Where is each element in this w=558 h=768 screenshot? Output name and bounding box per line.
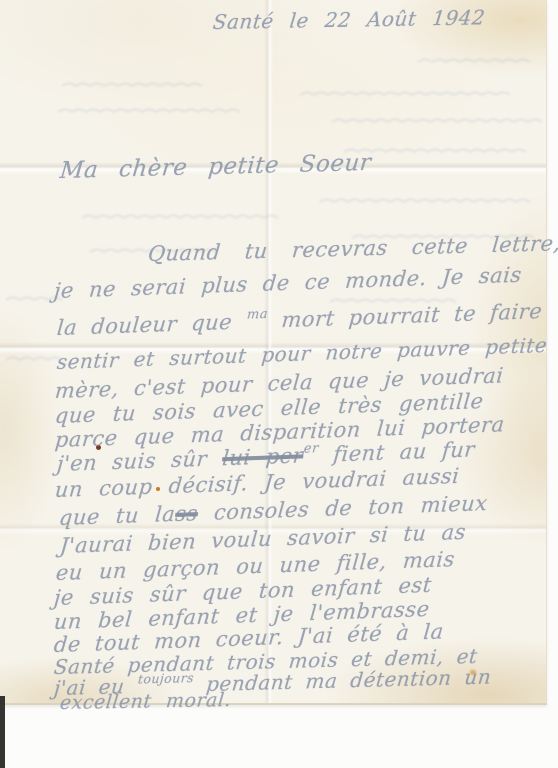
letter-segment: Ma chère petite Soeur [59,150,373,184]
letter-segment: la douleur que [56,309,247,340]
letter-segment: fient au fur [317,437,476,467]
letter-segment: que tu la [58,502,176,530]
letter-segment-strike: ss [174,501,199,526]
handwriting-layer: Santé le 22 Août 1942Ma chère petite Soe… [0,0,558,768]
salutation: Ma chère petite Soeur [59,150,373,184]
body-line-1: Quand tu recevras cette lettre, [147,231,558,266]
letter-segment: mort pourrait te faire [266,299,543,333]
letter-segment-strike: lui per [221,443,304,470]
body-line-3: la douleur que ma mort pourrait te faire [56,299,543,340]
letter-segment: je ne serai plus de ce monde. Je sais [53,263,523,303]
body-line-18: excellent moral. [59,689,232,714]
letter-segment: Santé le 22 Août 1942 [212,5,487,34]
letter-segment-sup: er [303,441,319,457]
dateline: Santé le 22 Août 1942 [212,5,487,34]
letter-segment: Quand tu recevras cette lettre, [147,231,558,266]
body-line-2: je ne serai plus de ce monde. Je sais [53,263,523,303]
letter-segment: excellent moral. [59,689,232,714]
letter-segment-sup: ma [246,307,268,323]
letter-segment: j'en suis sûr [56,446,223,476]
scanned-letter: Santé le 22 Août 1942Ma chère petite Soe… [0,0,558,768]
letter-segment-sup: toujours [137,670,194,687]
